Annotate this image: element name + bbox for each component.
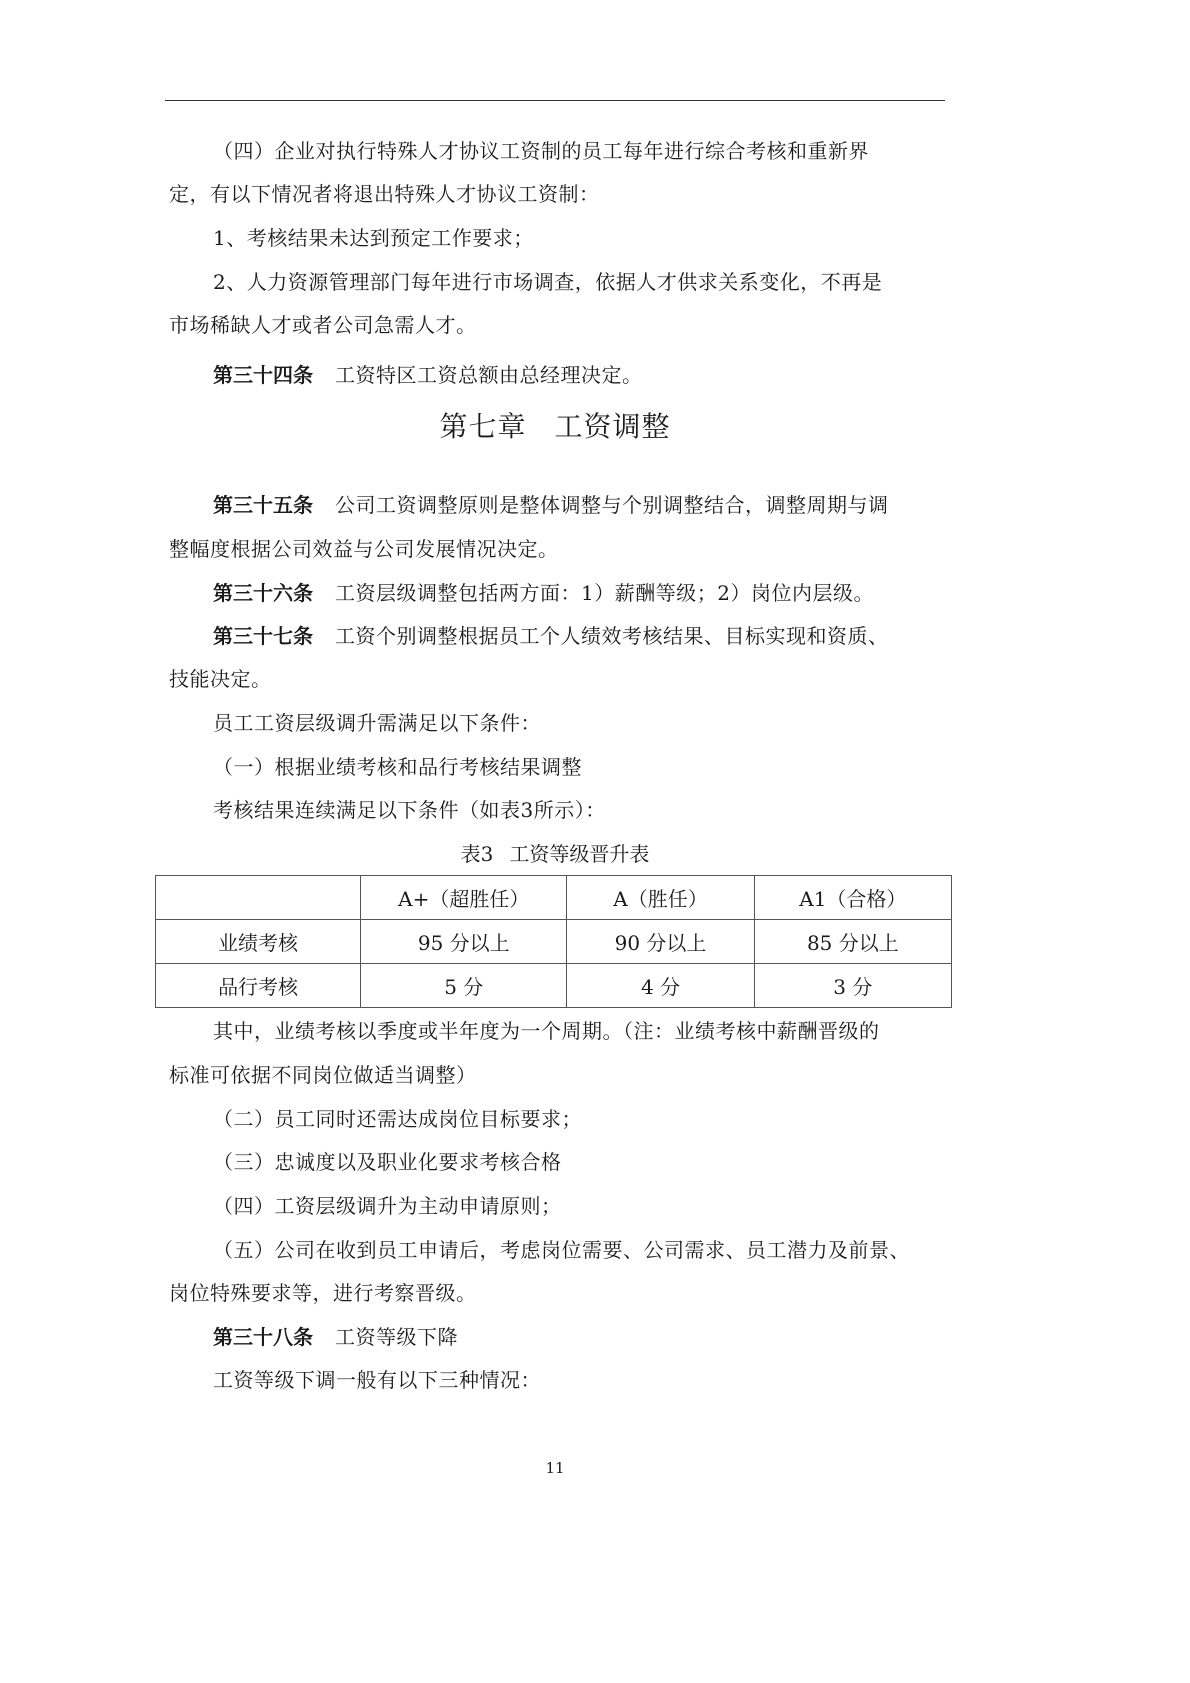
- condition-4: （四）工资层级调升为主动申请原则；: [213, 1192, 562, 1220]
- condition-1: （一）根据业绩考核和品行考核结果调整: [213, 753, 582, 781]
- note-line-2: 标准可依据不同岗位做适当调整）: [169, 1061, 477, 1089]
- article-35: 第三十五条公司工资调整原则是整体调整与个别调整结合，调整周期与调: [213, 491, 889, 519]
- article-34: 第三十四条工资特区工资总额由总经理决定。: [213, 361, 643, 389]
- article-38-label: 第三十八条: [213, 1325, 313, 1349]
- table-header-cell: A+（超胜任）: [361, 876, 567, 920]
- article-37-text: 工资个别调整根据员工个人绩效考核结果、目标实现和资质、: [335, 624, 889, 648]
- table-caption-title: 工资等级晋升表: [509, 842, 649, 866]
- article-35-label: 第三十五条: [213, 493, 313, 517]
- table-row: 品行考核 5 分 4 分 3 分: [156, 964, 952, 1008]
- table-header-cell: A1（合格）: [754, 876, 951, 920]
- page-number: 11: [0, 1459, 1110, 1477]
- article-37-label: 第三十七条: [213, 624, 313, 648]
- article-34-text: 工资特区工资总额由总经理决定。: [335, 363, 643, 387]
- condition-2: （二）员工同时还需达成岗位目标要求；: [213, 1105, 582, 1133]
- article-34-label: 第三十四条: [213, 363, 313, 387]
- table-cell: 85 分以上: [754, 920, 951, 964]
- conditions-intro: 员工工资层级调升需满足以下条件：: [213, 709, 541, 737]
- article-35-line-2: 整幅度根据公司效益与公司发展情况决定。: [169, 535, 559, 563]
- chapter-heading: 第七章工资调整: [0, 407, 1110, 447]
- condition-item-2-line-1: 2、人力资源管理部门每年进行市场调查，依据人才供求关系变化，不再是: [213, 268, 882, 296]
- article-36: 第三十六条工资层级调整包括两方面：1）薪酬等级；2）岗位内层级。: [213, 579, 874, 607]
- table-header-cell: A（胜任）: [567, 876, 754, 920]
- table-header-row: A+（超胜任） A（胜任） A1（合格）: [156, 876, 952, 920]
- header-rule: [165, 100, 945, 101]
- condition-5-line-2: 岗位特殊要求等，进行考察晋级。: [169, 1279, 477, 1307]
- article-37: 第三十七条工资个别调整根据员工个人绩效考核结果、目标实现和资质、: [213, 622, 889, 650]
- condition-item-1: 1、考核结果未达到预定工作要求；: [213, 224, 534, 252]
- table-cell: 4 分: [567, 964, 754, 1008]
- note-line-1: 其中，业绩考核以季度或半年度为一个周期。（注：业绩考核中薪酬晋级的: [213, 1017, 880, 1045]
- table-cell: 3 分: [754, 964, 951, 1008]
- table-caption: 表3工资等级晋升表: [0, 840, 1110, 868]
- article-38: 第三十八条工资等级下降: [213, 1323, 458, 1351]
- chapter-title: 工资调整: [555, 410, 671, 443]
- table-cell: 95 分以上: [361, 920, 567, 964]
- article-36-label: 第三十六条: [213, 581, 313, 605]
- grade-promotion-table: A+（超胜任） A（胜任） A1（合格） 业绩考核 95 分以上 90 分以上 …: [155, 875, 952, 1008]
- condition-3: （三）忠诚度以及职业化要求考核合格: [213, 1148, 562, 1176]
- downgrade-intro: 工资等级下调一般有以下三种情况：: [213, 1366, 541, 1394]
- article-36-text: 工资层级调整包括两方面：1）薪酬等级；2）岗位内层级。: [335, 581, 874, 605]
- table-header-cell: [156, 876, 361, 920]
- article-37-line-2: 技能决定。: [169, 665, 272, 693]
- table-cell: 业绩考核: [156, 920, 361, 964]
- condition-1-detail: 考核结果连续满足以下条件（如表3所示）：: [213, 796, 606, 824]
- table-cell: 5 分: [361, 964, 567, 1008]
- table-row: 业绩考核 95 分以上 90 分以上 85 分以上: [156, 920, 952, 964]
- condition-5-line-1: （五）公司在收到员工申请后，考虑岗位需要、公司需求、员工潜力及前景、: [213, 1236, 910, 1264]
- chapter-number: 第七章: [439, 410, 526, 443]
- article-35-text: 公司工资调整原则是整体调整与个别调整结合，调整周期与调: [335, 493, 889, 517]
- table-cell: 90 分以上: [567, 920, 754, 964]
- article-38-text: 工资等级下降: [335, 1325, 458, 1349]
- table-cell: 品行考核: [156, 964, 361, 1008]
- condition-item-2-line-2: 市场稀缺人才或者公司急需人才。: [169, 311, 477, 339]
- paragraph-4-line-2: 定，有以下情况者将退出特殊人才协议工资制：: [169, 180, 600, 208]
- paragraph-4-line-1: （四）企业对执行特殊人才协议工资制的员工每年进行综合考核和重新界: [213, 137, 869, 165]
- table-caption-number: 表3: [461, 842, 494, 866]
